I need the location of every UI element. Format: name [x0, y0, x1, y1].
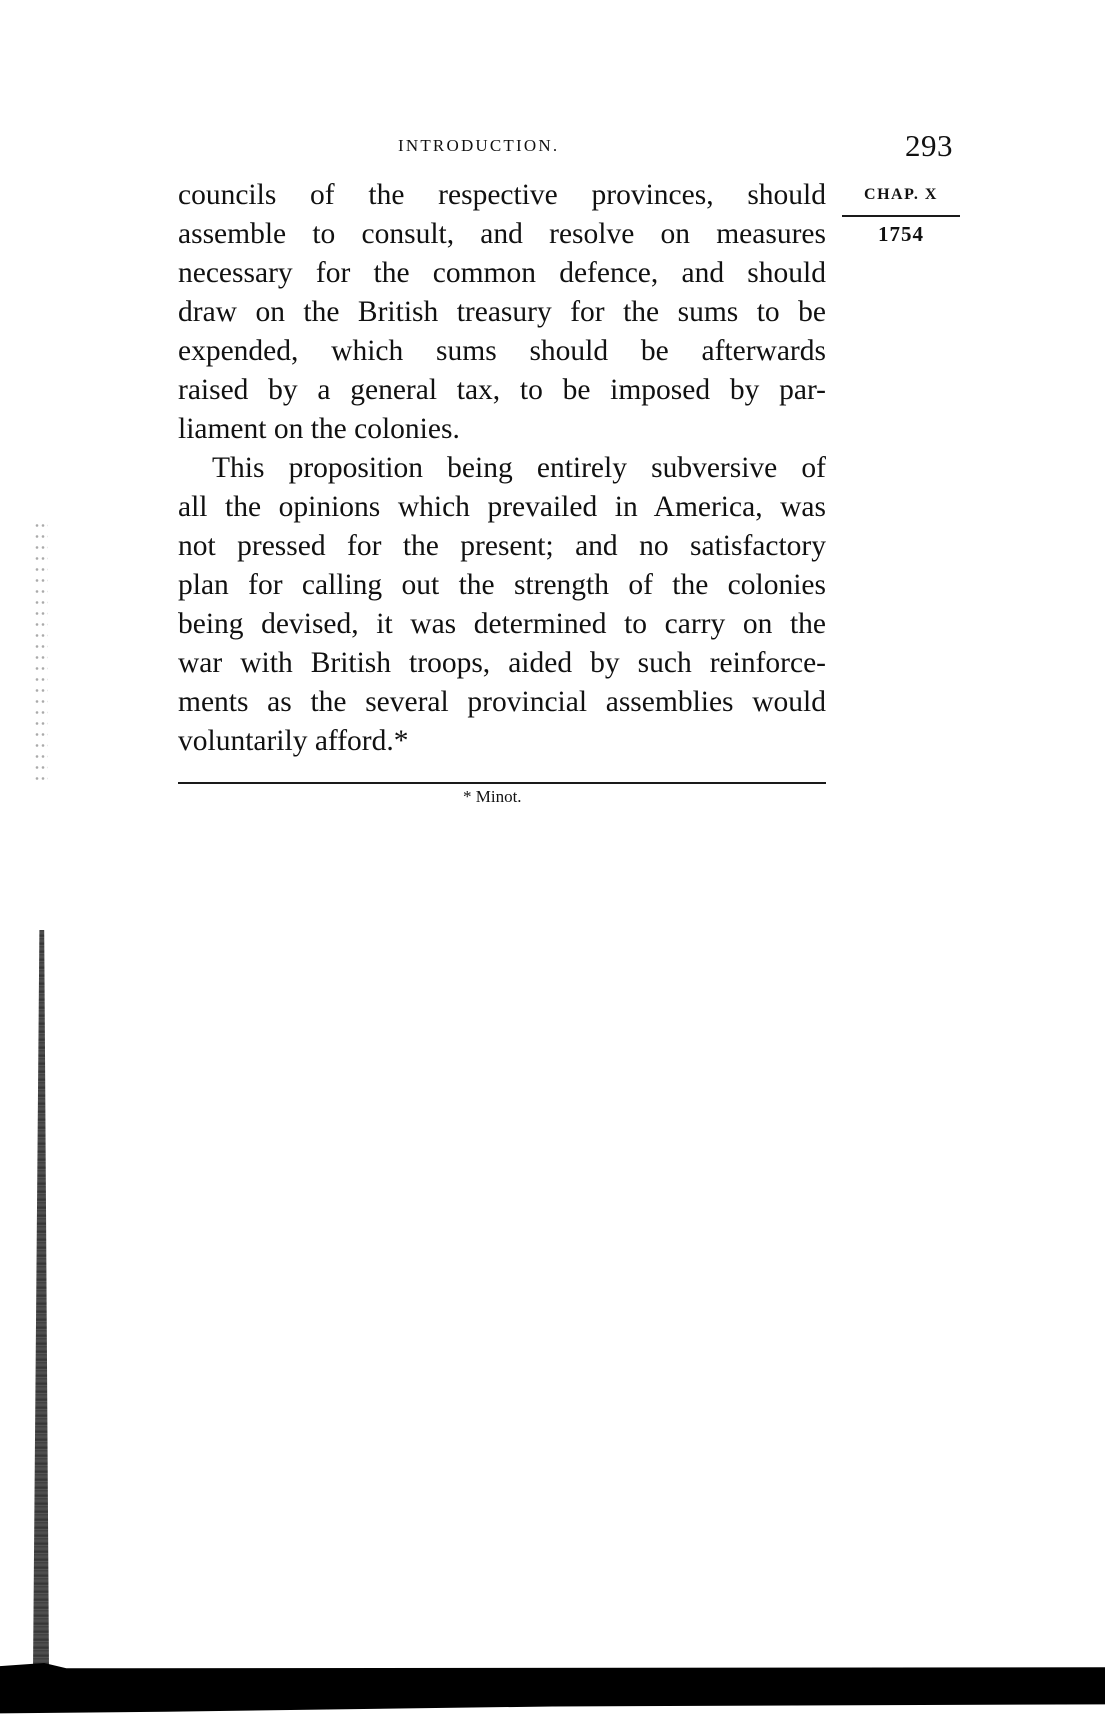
margin-note: CHAP. X 1754	[842, 176, 960, 251]
scan-gutter-shadow	[33, 930, 49, 1670]
text-line: plan for calling out the strength of the…	[178, 566, 826, 605]
text-line: ments as the several provincial assembli…	[178, 683, 826, 722]
running-head: INTRODUCTION.	[398, 136, 559, 156]
text-line: necessary for the common defence, and sh…	[178, 254, 826, 293]
text-line: raised by a general tax, to be imposed b…	[178, 371, 826, 410]
text-line: liament on the colonies.	[178, 410, 826, 449]
year-label: 1754	[842, 217, 960, 251]
text-line: assemble to consult, and resolve on meas…	[178, 215, 826, 254]
scan-bottom-edge	[0, 1663, 1105, 1716]
footnote: * Minot.	[463, 787, 522, 807]
footnote-rule	[178, 782, 826, 784]
text-line: draw on the British treasury for the sum…	[178, 293, 826, 332]
text-line: expended, which sums should be afterward…	[178, 332, 826, 371]
text-line: war with British troops, aided by such r…	[178, 644, 826, 683]
text-line: being devised, it was determined to carr…	[178, 605, 826, 644]
chapter-label: CHAP. X	[842, 176, 960, 214]
scan-gutter-specks	[34, 520, 48, 780]
text-line: not pressed for the present; and no sati…	[178, 527, 826, 566]
text-line: all the opinions which prevailed in Amer…	[178, 488, 826, 527]
page-number: 293	[905, 128, 953, 164]
text-line: councils of the respective provinces, sh…	[178, 176, 826, 215]
paragraph-start-line: This proposition being entirely subversi…	[178, 449, 826, 488]
body-text: councils of the respective provinces, sh…	[178, 176, 826, 761]
text-line: voluntarily afford.*	[178, 722, 826, 761]
